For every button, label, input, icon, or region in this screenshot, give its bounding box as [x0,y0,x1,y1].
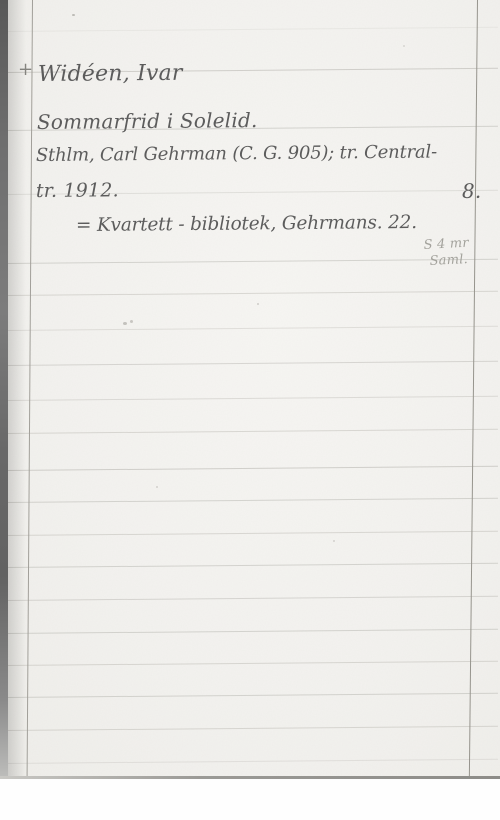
ruled-line [6,27,498,32]
ruled-line [6,396,498,401]
card-paper: + Widéen, Ivar Sommarfrid i Solelid. Sth… [0,0,500,778]
ruled-line [6,326,498,331]
series-note: = Kvartett - bibliotek, Gehrmans. 22. [76,214,417,235]
pencil-note-line-2: Saml. [429,253,468,268]
paper-speck [130,320,133,323]
left-edge-shadow [8,0,26,778]
paper-speck [333,540,335,542]
ruled-line [6,759,498,764]
imprint-line-2: tr. 1912. [36,181,119,201]
ruled-line [6,629,498,634]
ruled-line [6,259,498,264]
paper-speck [72,14,75,16]
ruled-line [6,661,498,666]
ruled-line [6,466,498,471]
imprint-line-1: Sthlm, Carl Gehrman (C. G. 905); tr. Cen… [36,144,437,165]
scanned-catalog-card-page: + Widéen, Ivar Sommarfrid i Solelid. Sth… [0,0,500,820]
left-scan-edge [0,0,8,778]
work-title: Sommarfrid i Solelid. [37,110,258,132]
ruled-line [6,291,498,296]
pencil-note-line-1: S 4 mr [423,237,469,252]
ruled-line [6,429,498,434]
ruled-line [6,498,498,503]
paper-speck [123,322,127,325]
paper-speck [257,303,259,305]
ruled-line [6,596,498,601]
page-reference: 8. [462,181,482,201]
ruled-line [6,563,498,568]
ruled-line [6,531,498,536]
paper-speck [403,45,405,47]
author-heading: Widéen, Ivar [38,63,183,86]
ruled-line [6,693,498,698]
ruled-line [6,361,498,366]
ruled-line [6,726,498,731]
paper-speck [156,486,158,488]
scan-background [0,779,500,820]
